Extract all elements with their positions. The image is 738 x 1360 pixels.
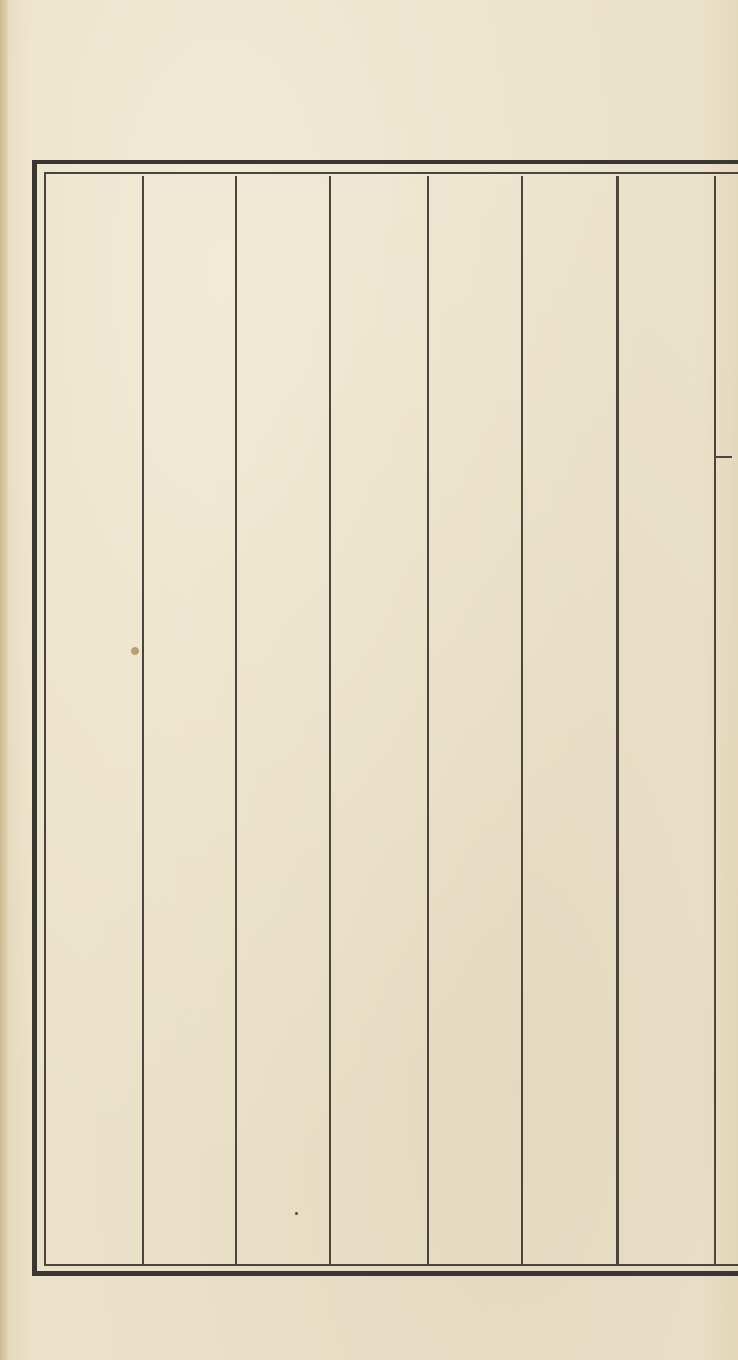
column-rule-5 bbox=[521, 176, 523, 1264]
book-spine-edge bbox=[0, 0, 8, 1360]
inner-border-frame bbox=[44, 172, 738, 1266]
column-rule-2 bbox=[235, 176, 237, 1264]
column-rule-7 bbox=[714, 176, 716, 1264]
paper-stain bbox=[131, 647, 139, 655]
column-rule-4 bbox=[427, 176, 429, 1264]
tick-mark bbox=[716, 456, 732, 458]
column-rule-3 bbox=[329, 176, 331, 1264]
column-rule-1 bbox=[142, 176, 144, 1264]
paper-speck bbox=[295, 1212, 298, 1215]
column-rule-6 bbox=[616, 176, 619, 1264]
